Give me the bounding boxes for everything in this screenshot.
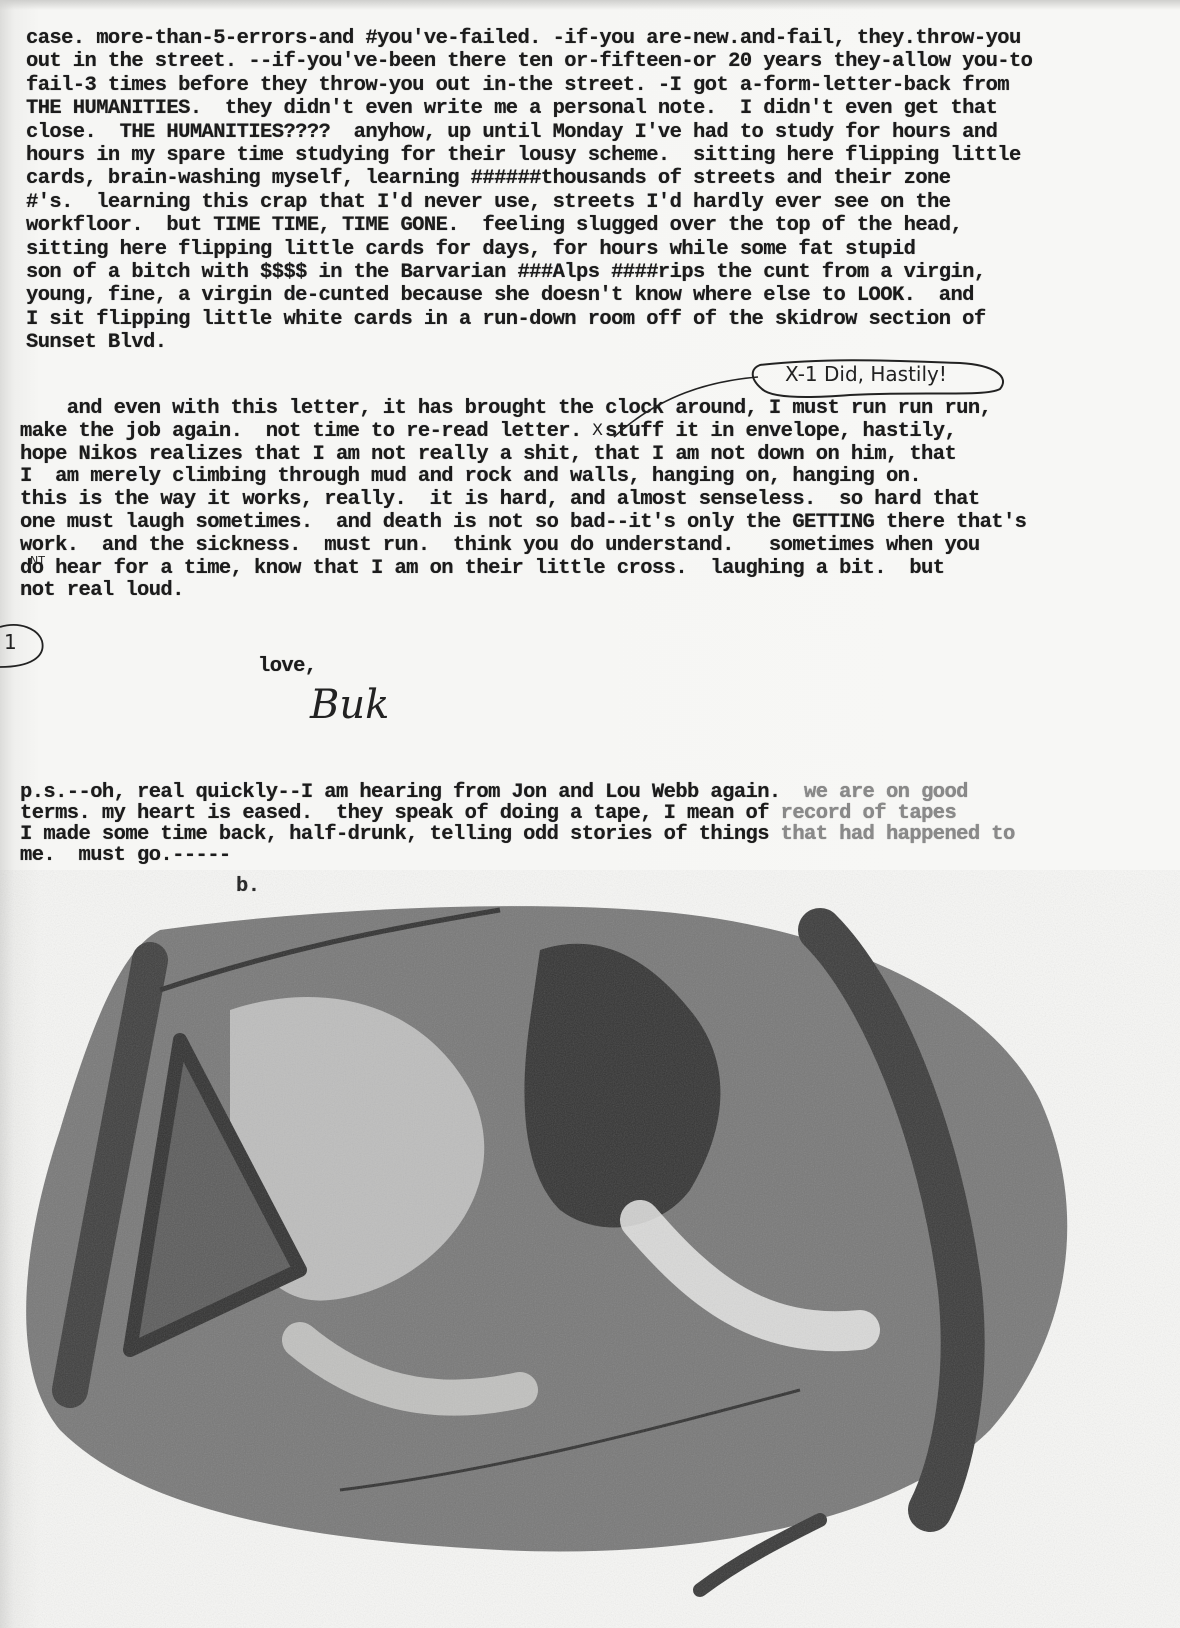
margin-circle-text: 1 bbox=[4, 630, 17, 654]
typed-line: THE HUMANITIES. they didn't even write m… bbox=[26, 98, 997, 120]
postscript-dark-text: terms. my heart is eased. they speak of … bbox=[20, 802, 769, 825]
typed-line: not real loud. bbox=[20, 580, 184, 602]
typed-line: young, fine, a virgin de-cunted because … bbox=[26, 285, 974, 307]
typed-line: one must laugh sometimes. and death is n… bbox=[20, 512, 1026, 534]
typed-line: hope Nikos realizes that I am not really… bbox=[20, 444, 956, 466]
typed-line: I am merely climbing through mud and roc… bbox=[20, 466, 921, 488]
postscript-dark-text: p.s.--oh, real quickly--I am hearing fro… bbox=[20, 781, 781, 804]
typed-line: sitting here flipping little cards for d… bbox=[26, 239, 915, 261]
typed-line: do hear for a time, know that I am on th… bbox=[20, 558, 944, 580]
insert-mark: X bbox=[592, 420, 603, 439]
typed-line: case. more-than-5-errors-and #you've-fai… bbox=[26, 28, 1021, 50]
postscript-faint-text: record of tapes bbox=[769, 802, 956, 825]
typed-line: fail-3 times before they throw-you out i… bbox=[26, 75, 1009, 97]
typed-line: out in the street. --if-you've-been ther… bbox=[26, 51, 1032, 73]
margin-note: X-1 Did, Hastily! bbox=[785, 362, 947, 386]
correction-note: NT bbox=[30, 554, 45, 567]
postscript-line: p.s.--oh, real quickly--I am hearing fro… bbox=[20, 782, 968, 804]
crayon-drawing bbox=[0, 870, 1180, 1628]
typed-line: son of a bitch with $$$$ in the Barvaria… bbox=[26, 262, 986, 284]
typed-line: this is the way it works, really. it is … bbox=[20, 489, 980, 511]
typed-line: I sit flipping little white cards in a r… bbox=[26, 309, 986, 331]
typed-line: work. and the sickness. must run. think … bbox=[20, 535, 980, 557]
typed-line: #'s. learning this crap that I'd never u… bbox=[26, 192, 950, 214]
typed-line: hours in my spare time studying for thei… bbox=[26, 145, 1021, 167]
postscript-faint-text: that had happened to bbox=[769, 823, 1015, 846]
typed-line: workfloor. but TIME TIME, TIME GONE. fee… bbox=[26, 215, 962, 237]
letter-page: case. more-than-5-errors-and #you've-fai… bbox=[0, 0, 1180, 1628]
closing: love, bbox=[258, 656, 317, 678]
postscript-dark-text: I made some time back, half-drunk, telli… bbox=[20, 823, 769, 846]
postscript-line: terms. my heart is eased. they speak of … bbox=[20, 803, 956, 825]
postscript-faint-text: we are on good bbox=[781, 781, 968, 804]
scan-shadow bbox=[0, 0, 1180, 10]
typed-line: cards, brain-washing myself, learning ##… bbox=[26, 168, 950, 190]
postscript-line: I made some time back, half-drunk, telli… bbox=[20, 824, 1015, 846]
typed-line: Sunset Blvd. bbox=[26, 332, 166, 354]
typed-line: close. THE HUMANITIES???? anyhow, up unt… bbox=[26, 122, 997, 144]
postscript-dark-text: me. must go.----- bbox=[20, 844, 231, 867]
postscript-line: me. must go.----- bbox=[20, 845, 231, 867]
signature: Buk bbox=[310, 682, 389, 728]
